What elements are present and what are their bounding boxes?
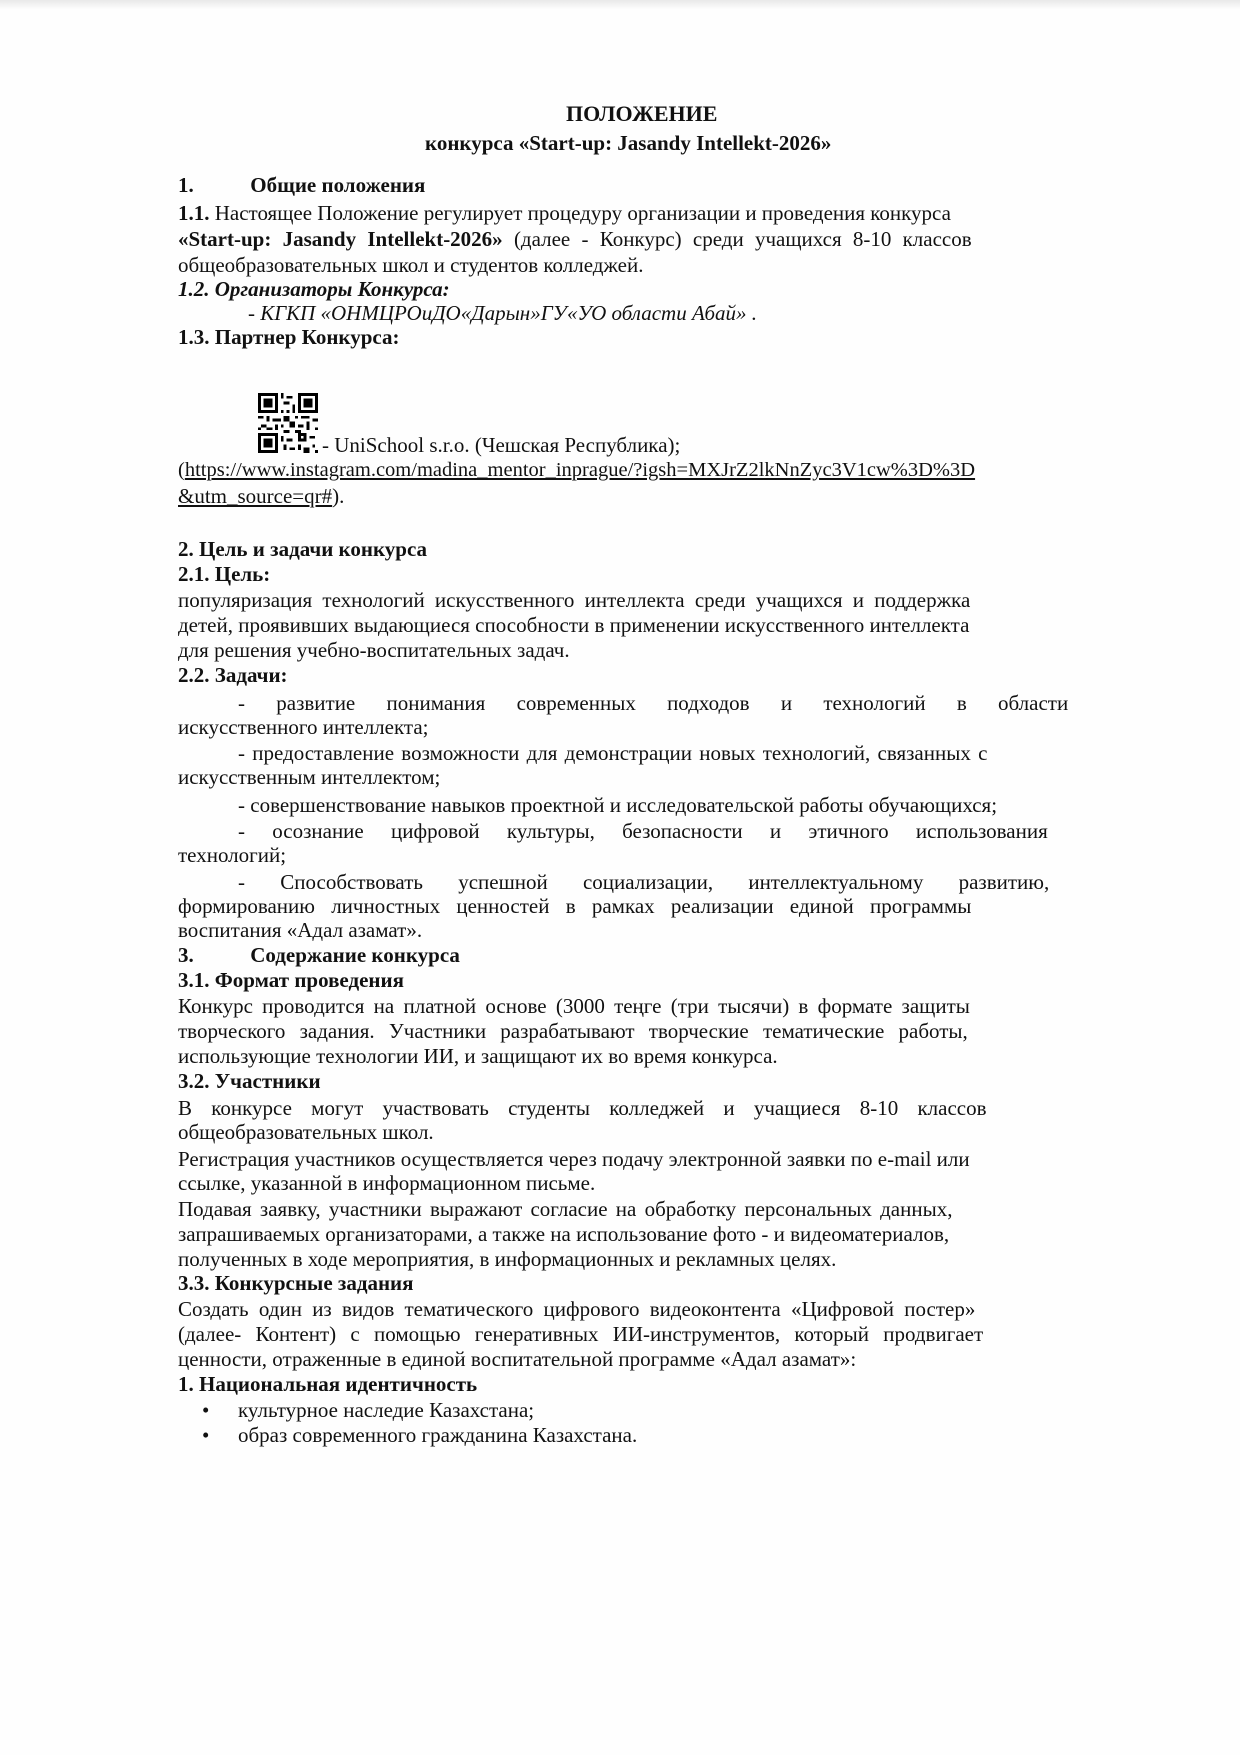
section-3-number: 3. [178, 943, 194, 967]
goal-line3: для решения учебно-воспитательных задач. [178, 637, 570, 663]
format-heading: 3.1. Формат проведения [178, 967, 404, 993]
identity-item-1-text: культурное наследие Казахстана; [238, 1398, 534, 1422]
goal-heading: 2.1. Цель: [178, 561, 270, 587]
document-page: ПОЛОЖЕНИЕ конкурса «Start-up: Jasandy In… [0, 0, 1240, 1755]
consent-line3: полученных в ходе мероприятия, в информа… [178, 1246, 836, 1272]
section-1-number: 1. [178, 173, 194, 197]
section-3-title: Содержание конкурса [250, 943, 460, 967]
consent-line2: запрашиваемых организаторами, а также на… [178, 1221, 949, 1247]
format-line1: Конкурс проводится на платной основе (30… [178, 993, 970, 1019]
partner-heading: 1.3. Партнер Конкурса: [178, 324, 399, 350]
task-item-3: - совершенствование навыков проектной и … [238, 792, 997, 818]
format-line2: творческого задания. Участники разрабаты… [178, 1018, 968, 1044]
bullet-icon: • [178, 1397, 238, 1423]
consent-line1: Подавая заявку, участники выражают согла… [178, 1196, 952, 1222]
task-item-5-cont: формированию личностных ценностей в рамк… [178, 893, 971, 919]
task-item-5: - Способствовать успешной социализации, … [238, 869, 1049, 895]
partner-instagram-link-cont[interactable]: &utm_source=qr# [178, 484, 332, 508]
task-item-4: - осознание цифровой культуры, безопасно… [238, 818, 1048, 844]
partner-url-line1: (https://www.instagram.com/madina_mentor… [178, 457, 975, 483]
document-subtitle: конкурса «Start-up: Jasandy Intellekt-20… [425, 130, 831, 156]
participants-heading: 3.2. Участники [178, 1068, 321, 1094]
identity-heading: 1. Национальная идентичность [178, 1371, 477, 1397]
task-item-1: - развитие понимания современных подходо… [238, 690, 1068, 716]
task-item-4-cont: технологий; [178, 842, 286, 868]
identity-item-2-text: образ современного гражданина Казахстана… [238, 1423, 637, 1447]
contest-tasks-line3: ценности, отраженные в единой воспитател… [178, 1346, 856, 1372]
identity-item-1: •культурное наследие Казахстана; [178, 1397, 534, 1423]
section-1-heading: 1. Общие положения [178, 172, 425, 198]
bullet-icon: • [178, 1422, 238, 1448]
participants-line1: В конкурсе могут участвовать студенты ко… [178, 1095, 987, 1121]
participants-line2: общеобразовательных школ. [178, 1119, 434, 1145]
paragraph-1-1-line3: общеобразовательных школ и студентов кол… [178, 252, 643, 278]
registration-line1: Регистрация участников осуществляется че… [178, 1146, 970, 1172]
paragraph-1-1-text2: (далее - Конкурс) среди учащихся 8-10 кл… [514, 227, 972, 251]
section-1-title: Общие положения [250, 173, 425, 197]
contest-tasks-line1: Создать один из видов тематического цифр… [178, 1296, 975, 1322]
goal-line1: популяризация технологий искусственного … [178, 587, 970, 613]
organizer-item: - КГКП «ОНМЦРОиДО«Дарын»ГУ«УО области Аб… [248, 300, 757, 326]
task-item-2-cont: искусственным интеллектом; [178, 764, 440, 790]
task-item-5-cont2: воспитания «Адал азамат». [178, 917, 422, 943]
organizers-heading: 1.2. Организаторы Конкурса: [178, 276, 450, 302]
scan-edge-shadow [0, 0, 1240, 10]
paragraph-1-1-line2: «Start-up: Jasandy Intellekt-2026» (дале… [178, 226, 972, 252]
document-title: ПОЛОЖЕНИЕ [566, 101, 717, 127]
qr-code-icon[interactable] [258, 392, 318, 454]
format-line3: использующие технологии ИИ, и защищают и… [178, 1043, 778, 1069]
partner-name: - UniSchool s.r.o. (Чешская Республика); [322, 432, 680, 458]
partner-instagram-link[interactable]: https://www.instagram.com/madina_mentor_… [185, 459, 975, 481]
section-3-heading: 3. Содержание конкурса [178, 942, 460, 968]
paragraph-1-1-number: 1.1. [178, 201, 210, 225]
identity-item-2: •образ современного гражданина Казахстан… [178, 1422, 637, 1448]
goal-line2: детей, проявивших выдающиеся способности… [178, 612, 969, 638]
task-item-1-cont: искусственного интеллекта; [178, 714, 428, 740]
contest-tasks-heading: 3.3. Конкурсные задания [178, 1270, 414, 1296]
contest-name: «Start-up: Jasandy Intellekt-2026» [178, 227, 503, 251]
paragraph-1-1-line1: 1.1. Настоящее Положение регулирует проц… [178, 200, 1033, 226]
registration-line2: ссылке, указанной в информационном письм… [178, 1170, 595, 1196]
task-item-2: - предоставление возможности для демонст… [238, 740, 987, 766]
partner-url-line2: &utm_source=qr#). [178, 483, 344, 509]
paragraph-1-1-text: Настоящее Положение регулирует процедуру… [215, 201, 951, 225]
section-2-heading: 2. Цель и задачи конкурса [178, 536, 427, 562]
tasks-heading: 2.2. Задачи: [178, 662, 288, 688]
contest-tasks-line2: (далее- Контент) с помощью генеративных … [178, 1321, 983, 1347]
